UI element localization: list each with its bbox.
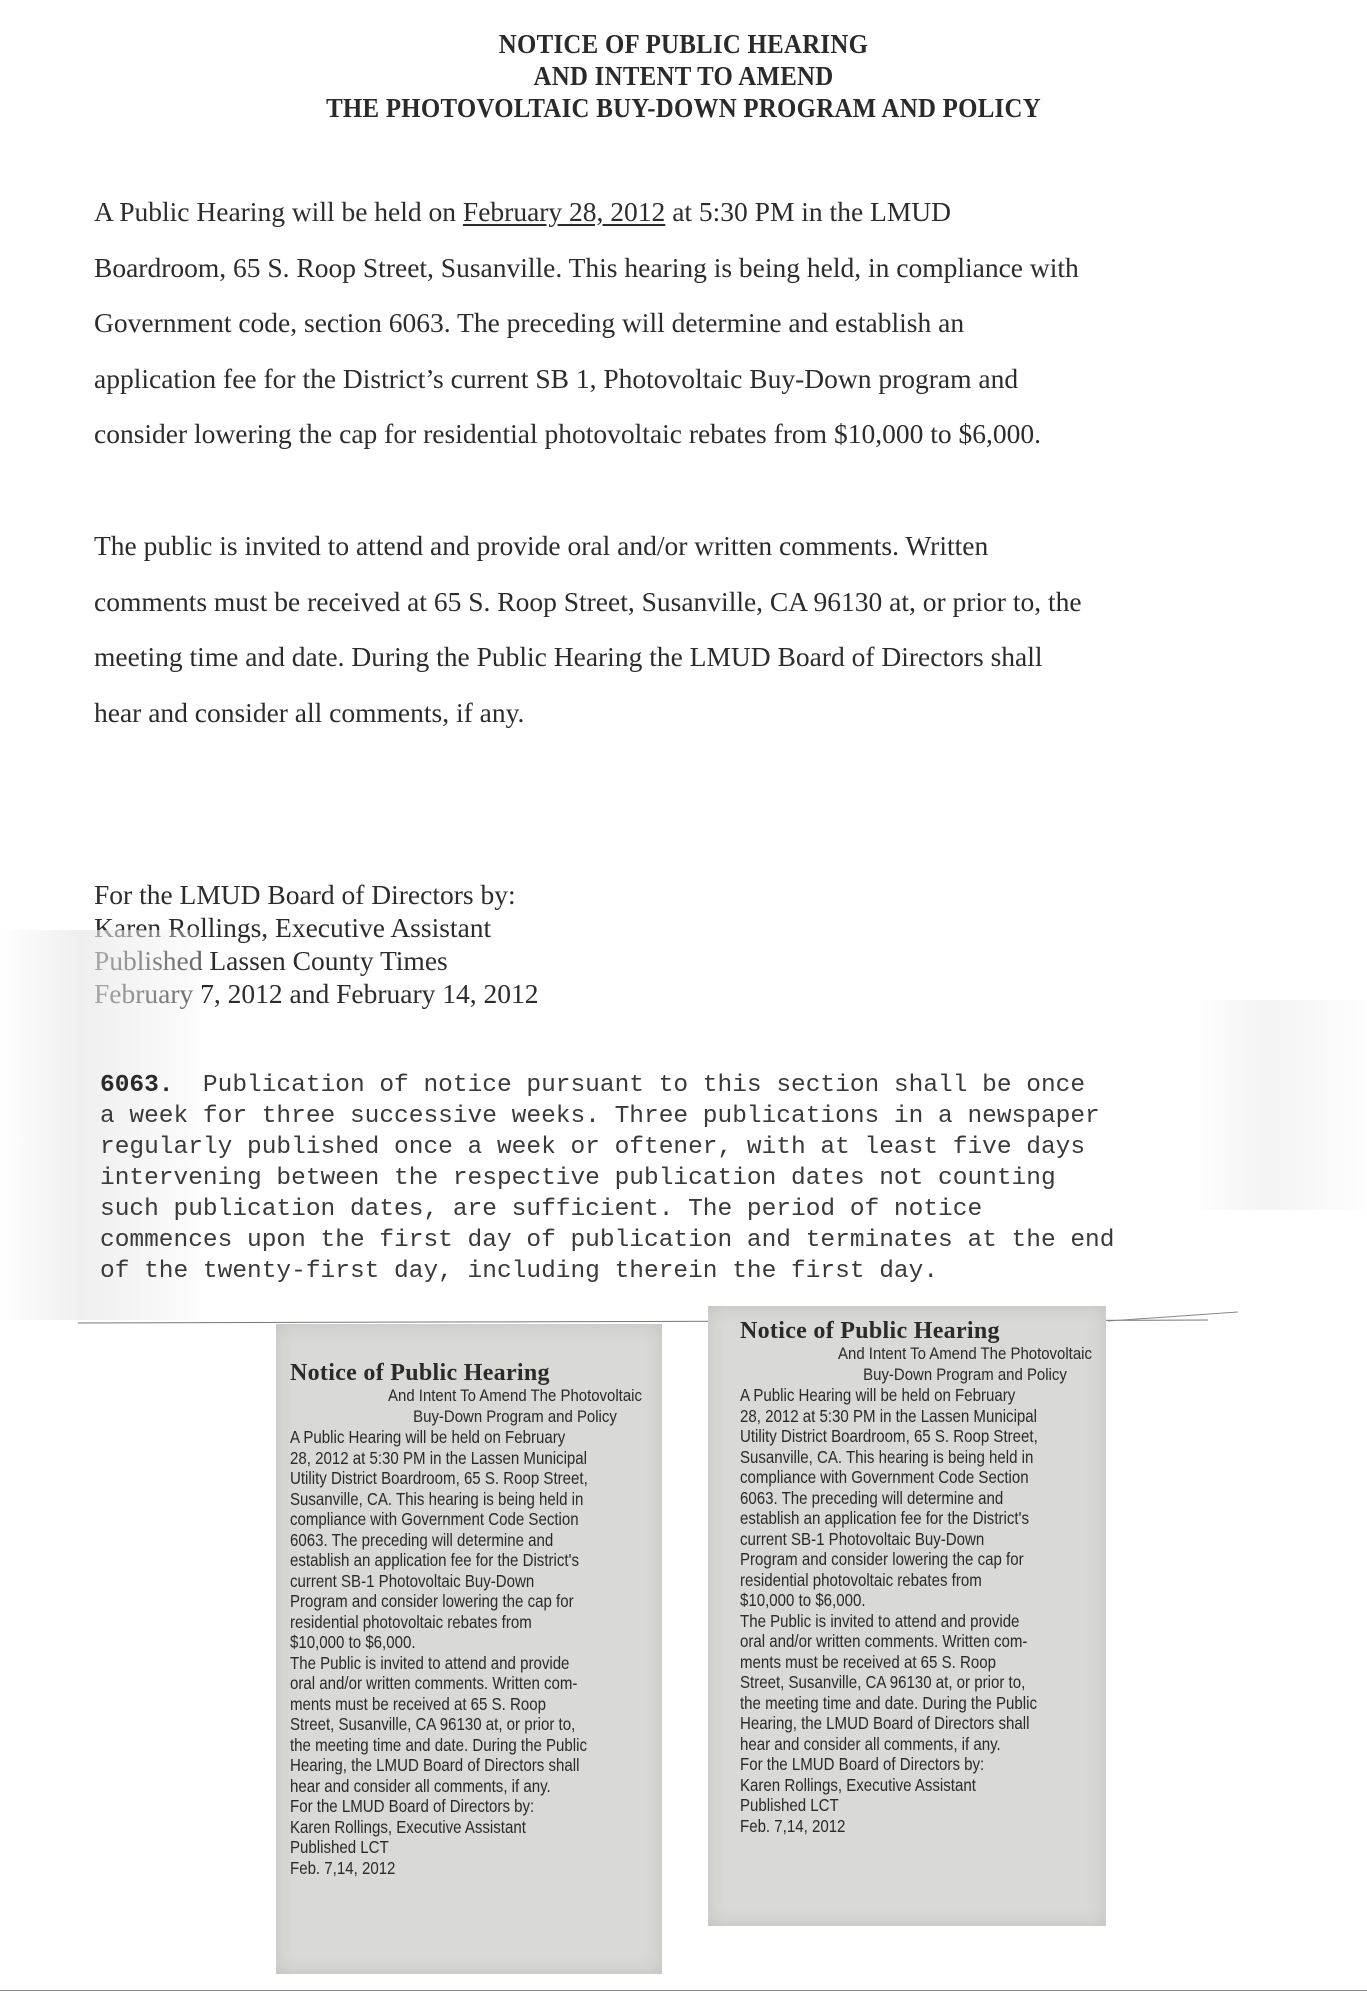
clipping-subtitle: Buy-Down Program and Policy: [317, 1407, 713, 1428]
clipping-line: Susanville, CA. This hearing is being he…: [740, 1447, 1127, 1468]
text: A Public Hearing will be held on: [94, 196, 463, 227]
page-bottom-edge: [0, 1990, 1367, 1991]
clipping-line: Karen Rollings, Executive Assistant: [290, 1817, 677, 1838]
clipping-line: compliance with Government Code Section: [740, 1467, 1127, 1488]
clipping-line: 28, 2012 at 5:30 PM in the Lassen Munici…: [740, 1406, 1127, 1427]
statute-line: such publication dates, are sufficient. …: [100, 1196, 982, 1223]
public-comment-paragraph: The public is invited to attend and prov…: [94, 518, 1304, 740]
clipping-line: Published LCT: [740, 1795, 1127, 1816]
title-line: THE PHOTOVOLTAIC BUY-DOWN PROGRAM AND PO…: [55, 92, 1313, 124]
statute-line: Publication of notice pursuant to this s…: [174, 1072, 1086, 1099]
clipping-line: establish an application fee for the Dis…: [740, 1508, 1127, 1529]
clipping-line: Utility District Boardroom, 65 S. Roop S…: [740, 1426, 1127, 1447]
tape-strip: [1200, 1000, 1367, 1210]
clipping-line: compliance with Government Code Section: [290, 1509, 677, 1530]
clipping-title: Notice of Public Hearing: [740, 1318, 1190, 1344]
clipping-line: The Public is invited to attend and prov…: [740, 1611, 1127, 1632]
clipping-line: Street, Susanville, CA 96130 at, or prio…: [290, 1714, 677, 1735]
notice-title: NOTICE OF PUBLIC HEARING AND INTENT TO A…: [0, 28, 1367, 124]
clipping-line: Karen Rollings, Executive Assistant: [740, 1775, 1127, 1796]
clipping-line: Hearing, the LMUD Board of Directors sha…: [740, 1713, 1127, 1734]
title-line: AND INTENT TO AMEND: [55, 60, 1313, 92]
paragraph-line: The public is invited to attend and prov…: [94, 518, 1304, 574]
clipping-line: 6063. The preceding will determine and: [290, 1530, 677, 1551]
paragraph-line: meeting time and date. During the Public…: [94, 629, 1304, 685]
clipping-line: A Public Hearing will be held on Februar…: [740, 1385, 1127, 1406]
paragraph-line: hear and consider all comments, if any.: [94, 685, 1304, 741]
statute-line: of the twenty-first day, including there…: [100, 1258, 938, 1285]
clipping-line: The Public is invited to attend and prov…: [290, 1653, 677, 1674]
clipping-line: Susanville, CA. This hearing is being he…: [290, 1489, 677, 1510]
statute-line: regularly published once a week or often…: [100, 1134, 1085, 1161]
paragraph-line: comments must be received at 65 S. Roop …: [94, 574, 1304, 630]
clipping-line: current SB-1 Photovoltaic Buy-Down: [740, 1529, 1127, 1550]
clipping-subtitle: Buy-Down Program and Policy: [767, 1365, 1163, 1386]
clipping-line: hear and consider all comments, if any.: [290, 1776, 677, 1797]
clipping-line: $10,000 to $6,000.: [290, 1632, 677, 1653]
statute-line: commences upon the first day of publicat…: [100, 1227, 1114, 1254]
clipping-line: current SB-1 Photovoltaic Buy-Down: [290, 1571, 677, 1592]
newspaper-clipping: Notice of Public Hearing And Intent To A…: [276, 1324, 662, 1974]
clipping-line: hear and consider all comments, if any.: [740, 1734, 1127, 1755]
clipping-line: the meeting time and date. During the Pu…: [740, 1693, 1127, 1714]
clipping-body: A Public Hearing will be held on Februar…: [290, 1427, 677, 1878]
clipping-line: residential photovoltaic rebates from: [290, 1612, 677, 1633]
clipping-line: A Public Hearing will be held on Februar…: [290, 1427, 677, 1448]
statute-excerpt: 6063. Publication of notice pursuant to …: [100, 1070, 1114, 1287]
clipping-line: Published LCT: [290, 1837, 677, 1858]
clipping-title: Notice of Public Hearing: [290, 1360, 740, 1386]
clipping-line: 28, 2012 at 5:30 PM in the Lassen Munici…: [290, 1448, 677, 1469]
clipping-line: ments must be received at 65 S. Roop: [290, 1694, 677, 1715]
clipping-body: A Public Hearing will be held on Februar…: [740, 1385, 1127, 1836]
title-line: NOTICE OF PUBLIC HEARING: [55, 28, 1313, 60]
paragraph-line: consider lowering the cap for residentia…: [94, 406, 1304, 462]
clipping-subtitle: And Intent To Amend The Photovoltaic: [317, 1386, 713, 1407]
clipping-line: Feb. 7,14, 2012: [740, 1816, 1127, 1837]
clipping-line: Hearing, the LMUD Board of Directors sha…: [290, 1755, 677, 1776]
hearing-announcement-paragraph: A Public Hearing will be held on Februar…: [94, 184, 1304, 462]
paragraph-line: Government code, section 6063. The prece…: [94, 295, 1304, 351]
statute-line: intervening between the respective publi…: [100, 1165, 1056, 1192]
clipping-line: Program and consider lowering the cap fo…: [740, 1549, 1127, 1570]
paragraph-line: A Public Hearing will be held on Februar…: [94, 184, 1304, 240]
clipping-line: Program and consider lowering the cap fo…: [290, 1591, 677, 1612]
clipping-line: 6063. The preceding will determine and: [740, 1488, 1127, 1509]
statute-section-number: 6063.: [100, 1072, 174, 1099]
paragraph-line: application fee for the District’s curre…: [94, 351, 1304, 407]
clipping-line: residential photovoltaic rebates from: [740, 1570, 1127, 1591]
hearing-date: February 28, 2012: [463, 196, 665, 227]
newspaper-clipping: Notice of Public Hearing And Intent To A…: [708, 1306, 1106, 1926]
clipping-subtitle: And Intent To Amend The Photovoltaic: [767, 1344, 1163, 1365]
signature-line: For the LMUD Board of Directors by:: [94, 878, 539, 911]
statute-line: a week for three successive weeks. Three…: [100, 1103, 1100, 1130]
clipping-line: Feb. 7,14, 2012: [290, 1858, 677, 1879]
clipping-line: For the LMUD Board of Directors by:: [740, 1754, 1127, 1775]
clipping-line: oral and/or written comments. Written co…: [740, 1631, 1127, 1652]
text: at 5:30 PM in the LMUD: [665, 196, 951, 227]
clipping-line: establish an application fee for the Dis…: [290, 1550, 677, 1571]
clipping-line: ments must be received at 65 S. Roop: [740, 1652, 1127, 1673]
clipping-line: oral and/or written comments. Written co…: [290, 1673, 677, 1694]
clipping-line: For the LMUD Board of Directors by:: [290, 1796, 677, 1817]
clipping-line: Utility District Boardroom, 65 S. Roop S…: [290, 1468, 677, 1489]
paragraph-line: Boardroom, 65 S. Roop Street, Susanville…: [94, 240, 1304, 296]
clipping-line: Street, Susanville, CA 96130 at, or prio…: [740, 1672, 1127, 1693]
clipping-line: the meeting time and date. During the Pu…: [290, 1735, 677, 1756]
clipping-line: $10,000 to $6,000.: [740, 1590, 1127, 1611]
